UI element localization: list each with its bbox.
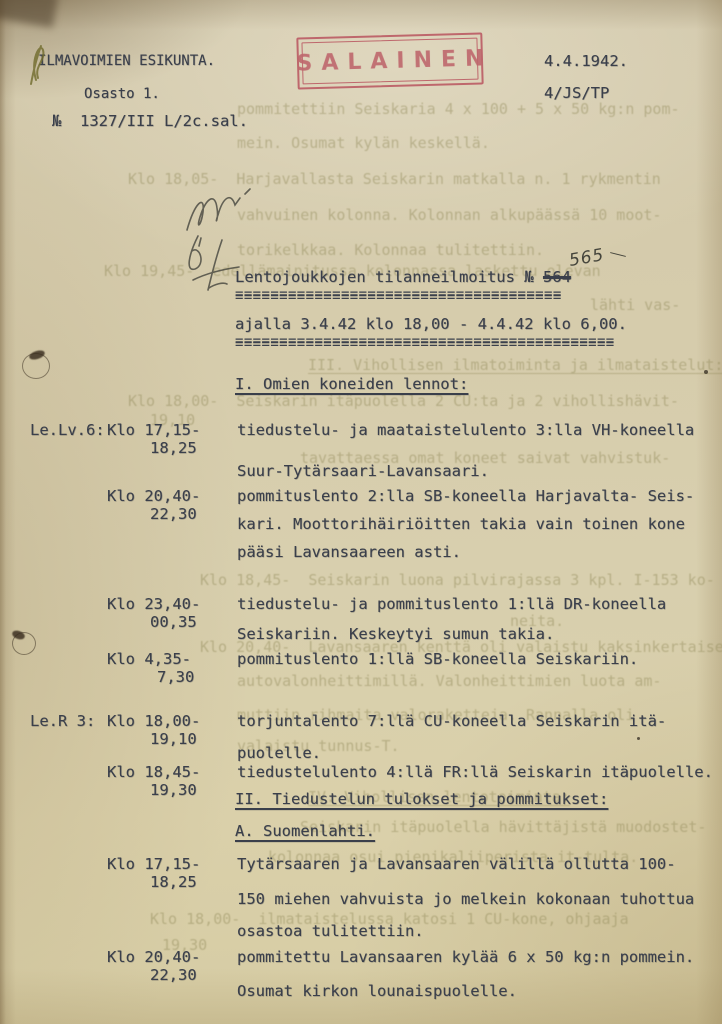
log-time: Klo 4,35-: [107, 650, 191, 668]
bleedthrough-line: autovalonheittimillä. Valonheittimien lu…: [237, 672, 661, 690]
log-time-end: 18,25: [150, 439, 197, 457]
subsection-heading-a: A. Suomenlahti.: [235, 822, 375, 840]
log-time-end: 19,10: [150, 730, 197, 748]
log-text: Seiskariin. Keskeytyi sumun takia.: [237, 625, 554, 643]
title-underline: =====================================: [235, 285, 562, 303]
log-text: tiedustelulento 4:llä FR:llä Seiskarin i…: [237, 763, 713, 781]
log-text: pommitettu Lavansaaren kylää 6 x 50 kg:n…: [237, 948, 694, 966]
log-time: Klo 23,40-: [107, 595, 200, 613]
log-time-end: 18,25: [150, 873, 197, 891]
log-time: Klo 20,40-: [107, 487, 200, 505]
document-page: pommitettiin Seiskaria 4 x 100 + 5 x 50 …: [0, 0, 722, 1024]
log-text: pommituslento 2:lla SB-koneella Harjaval…: [237, 487, 694, 505]
report-title: Lentojoukkojen tilanneilmoitus № 564: [235, 268, 571, 286]
bleedthrough-line: lähti vas-: [590, 296, 680, 314]
log-text: pommituslento 1:llä SB-koneella Seiskari…: [237, 650, 638, 668]
log-unit: Le.R 3:: [30, 712, 95, 730]
log-text: pääsi Lavansaareen asti.: [237, 543, 461, 561]
handwritten-dash: [610, 252, 626, 257]
bleedthrough-line: vahvuinen kolonna. Kolonnan alkupäässä 1…: [237, 206, 661, 224]
section-heading-2: II. Tiedustelun tulokset ja pommitukset:: [235, 790, 608, 808]
log-text: osastoa tulitettiin.: [237, 922, 424, 940]
log-time: Klo 17,15-: [107, 855, 200, 873]
section-heading-1: I. Omien koneiden lennot:: [235, 375, 468, 393]
log-text: Tytärsaaren ja Lavansaaren välillä ollut…: [237, 855, 676, 873]
log-time: Klo 18,00-: [107, 712, 200, 730]
doc-date: 4.4.1942.: [544, 52, 628, 70]
log-time-end: 7,30: [157, 668, 194, 686]
log-text: tiedustelu- ja pommituslento 1:llä DR-ko…: [237, 595, 666, 613]
period-underline: ========================================…: [235, 332, 615, 350]
report-title-text: Lentojoukkojen tilanneilmoitus №: [235, 268, 543, 286]
log-time-end: 19,30: [150, 781, 197, 799]
struck-report-number: 564: [543, 268, 571, 286]
bleedthrough-line: torikelkkaa. Kolonnaa tulitettiin.: [237, 241, 544, 259]
log-time-end: 22,30: [150, 966, 197, 984]
log-text: kari. Moottorihäiriöitten takia vain toi…: [237, 515, 685, 533]
agency-name: ILMAVOIMIEN ESIKUNTA.: [38, 52, 215, 70]
report-period: ajalla 3.4.42 klo 18,00 - 4.4.42 klo 6,0…: [235, 315, 627, 333]
paper-corner-shadow: [0, 0, 58, 28]
punch-hole-ring: [12, 632, 36, 655]
secret-stamp: SALAINEN: [296, 32, 483, 89]
punch-hole-ring: [22, 353, 50, 379]
department: Osasto 1.: [84, 85, 160, 103]
log-time-end: 22,30: [150, 505, 197, 523]
bleedthrough-line: Klo 18,45- Seiskarin luona pilvirajassa …: [200, 571, 715, 589]
log-text: 150 miehen vahvuista jo melkein kokonaan…: [237, 890, 694, 908]
log-text: puolelle.: [237, 744, 321, 762]
log-time-end: 00,35: [150, 613, 197, 631]
bleedthrough-line: pommitettiin Seiskaria 4 x 100 + 5 x 50 …: [237, 100, 680, 118]
log-text: Osumat kirkon lounaispuolelle.: [237, 982, 517, 1000]
doc-number: № 1327/III L/2c.sal.: [52, 112, 248, 130]
bleedthrough-line: III. Vihollisen ilmatoiminta ja ilmatais…: [308, 356, 722, 374]
log-time: Klo 18,45-: [107, 763, 200, 781]
bleedthrough-line: Klo 18,00- Seiskarin itäpuolella 2 CU:ta…: [128, 392, 679, 410]
archive-mark-scribble: [26, 38, 52, 88]
log-time: Klo 17,15-: [107, 421, 200, 439]
log-text: torjuntalento 7:llä CU-koneella Seiskari…: [237, 712, 666, 730]
log-text: tiedustelu- ja maataistelulento 3:lla VH…: [237, 421, 694, 439]
ref-code: 4/JS/TP: [544, 84, 609, 102]
log-time: Klo 20,40-: [107, 948, 200, 966]
log-unit: Le.Lv.6:: [30, 421, 105, 439]
bleedthrough-line: mein. Osumat kylän keskellä.: [237, 134, 490, 152]
paper-speck: [704, 370, 708, 374]
log-text: Suur-Tytärsaari-Lavansaari.: [237, 462, 489, 480]
paper-speck: [637, 737, 640, 740]
